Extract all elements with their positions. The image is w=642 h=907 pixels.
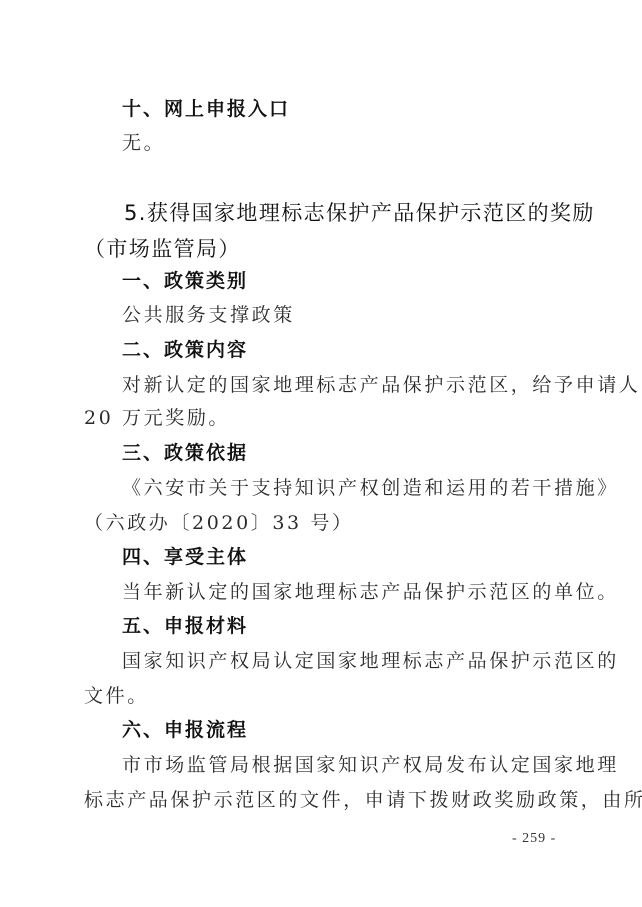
section-content-online-entry: 无。 [122, 130, 165, 156]
item-title: 5.获得国家地理标志保护产品保护示范区的奖励 [124, 200, 595, 226]
section-content-policy-content-line2: 20 万元奖励。 [84, 405, 230, 431]
document-page: 十、网上申报入口 无。 5.获得国家地理标志保护产品保护示范区的奖励 （市场监管… [0, 0, 642, 907]
section-content-application-materials-line1: 国家知识产权局认定国家地理标志产品保护示范区的 [122, 648, 619, 674]
section-heading-application-process: 六、申报流程 [122, 717, 248, 743]
item-title-dept: （市场监管局） [84, 236, 241, 262]
section-content-beneficiary: 当年新认定的国家地理标志产品保护示范区的单位。 [122, 579, 619, 605]
section-heading-policy-category: 一、政策类别 [122, 268, 248, 294]
section-content-policy-basis-line1: 《六安市关于支持知识产权创造和运用的若干措施》 [122, 475, 619, 501]
section-heading-policy-content: 二、政策内容 [122, 337, 248, 363]
section-content-policy-category: 公共服务支撑政策 [122, 302, 295, 328]
section-heading-beneficiary: 四、享受主体 [122, 544, 248, 570]
section-content-policy-content-line1: 对新认定的国家地理标志产品保护示范区，给予申请人 [122, 372, 640, 398]
section-content-application-process-line1: 市市场监管局根据国家知识产权局发布认定国家地理 [122, 752, 619, 778]
section-heading-online-entry: 十、网上申报入口 [122, 96, 290, 122]
section-heading-policy-basis: 三、政策依据 [122, 440, 248, 466]
section-content-application-process-line2: 标志产品保护示范区的文件，申请下拨财政奖励政策，由所 [84, 787, 642, 813]
section-content-application-materials-line2: 文件。 [84, 683, 149, 709]
section-content-policy-basis-line2: （六政办〔2020〕33 号） [84, 510, 354, 536]
page-number: - 259 - [512, 831, 556, 847]
section-heading-application-materials: 五、申报材料 [122, 613, 248, 639]
